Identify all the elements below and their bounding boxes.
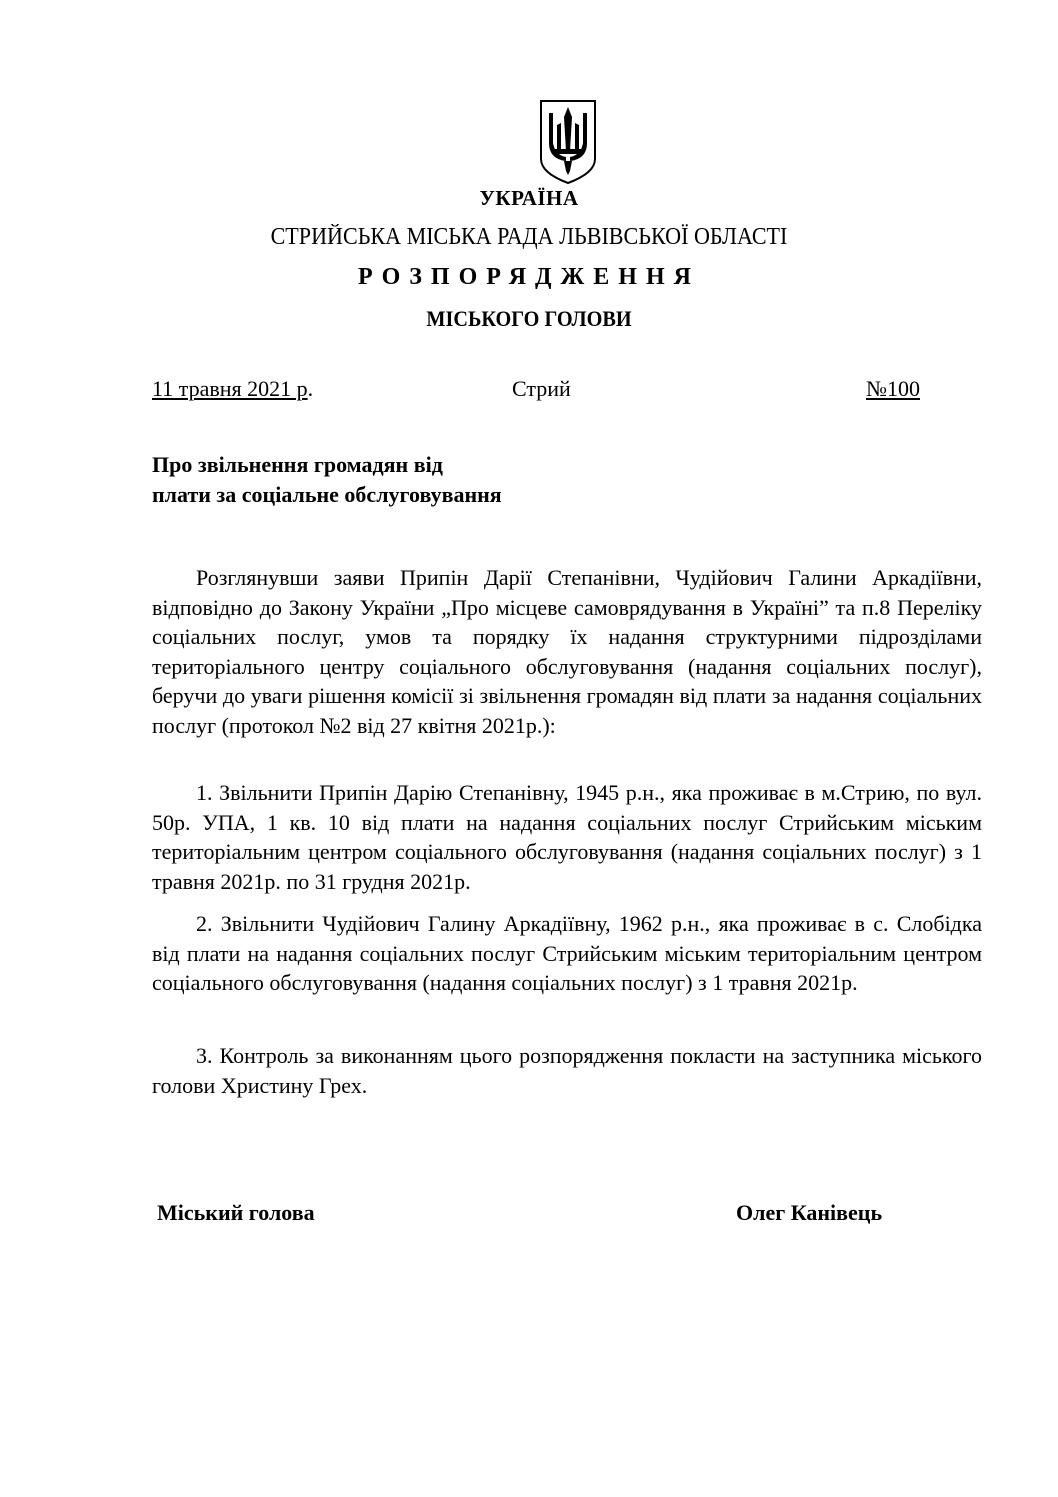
document-number: №100 <box>866 376 920 402</box>
document-city: Стрий <box>512 376 571 402</box>
date-suffix: . <box>308 376 314 401</box>
subject-line-2: плати за соціальне обслуговування <box>152 480 502 510</box>
document-subject: Про звільнення громадян від плати за соц… <box>152 450 502 510</box>
document-subtitle: МІСЬКОГО ГОЛОВИ <box>42 306 1015 332</box>
order-item-3: 3. Контроль за виконанням цього розпоряд… <box>152 1041 982 1100</box>
order-item-1: 1. Звільнити Припін Дарію Степанівну, 19… <box>152 778 982 896</box>
trident-coat-of-arms-icon <box>539 99 597 185</box>
document-type: РОЗПОРЯДЖЕННЯ <box>0 264 1058 291</box>
signature-position: Міський голова <box>157 1200 315 1226</box>
signature-name: Олег Канівець <box>736 1200 882 1226</box>
document-date: 11 травня 2021 р. <box>152 376 313 402</box>
date-value: 11 травня 2021 р <box>152 376 308 401</box>
number-value: №100 <box>866 376 920 401</box>
country-title: УКРАЇНА <box>0 186 1058 211</box>
subject-line-1: Про звільнення громадян від <box>152 450 502 480</box>
council-name: СТРИЙСЬКА МІСЬКА РАДА ЛЬВІВСЬКОЇ ОБЛАСТІ <box>42 224 1015 251</box>
order-item-2: 2. Звільнити Чудійович Галину Аркадіївну… <box>152 909 982 998</box>
intro-paragraph: Розглянувши заяви Припін Дарії Степанівн… <box>152 563 982 740</box>
